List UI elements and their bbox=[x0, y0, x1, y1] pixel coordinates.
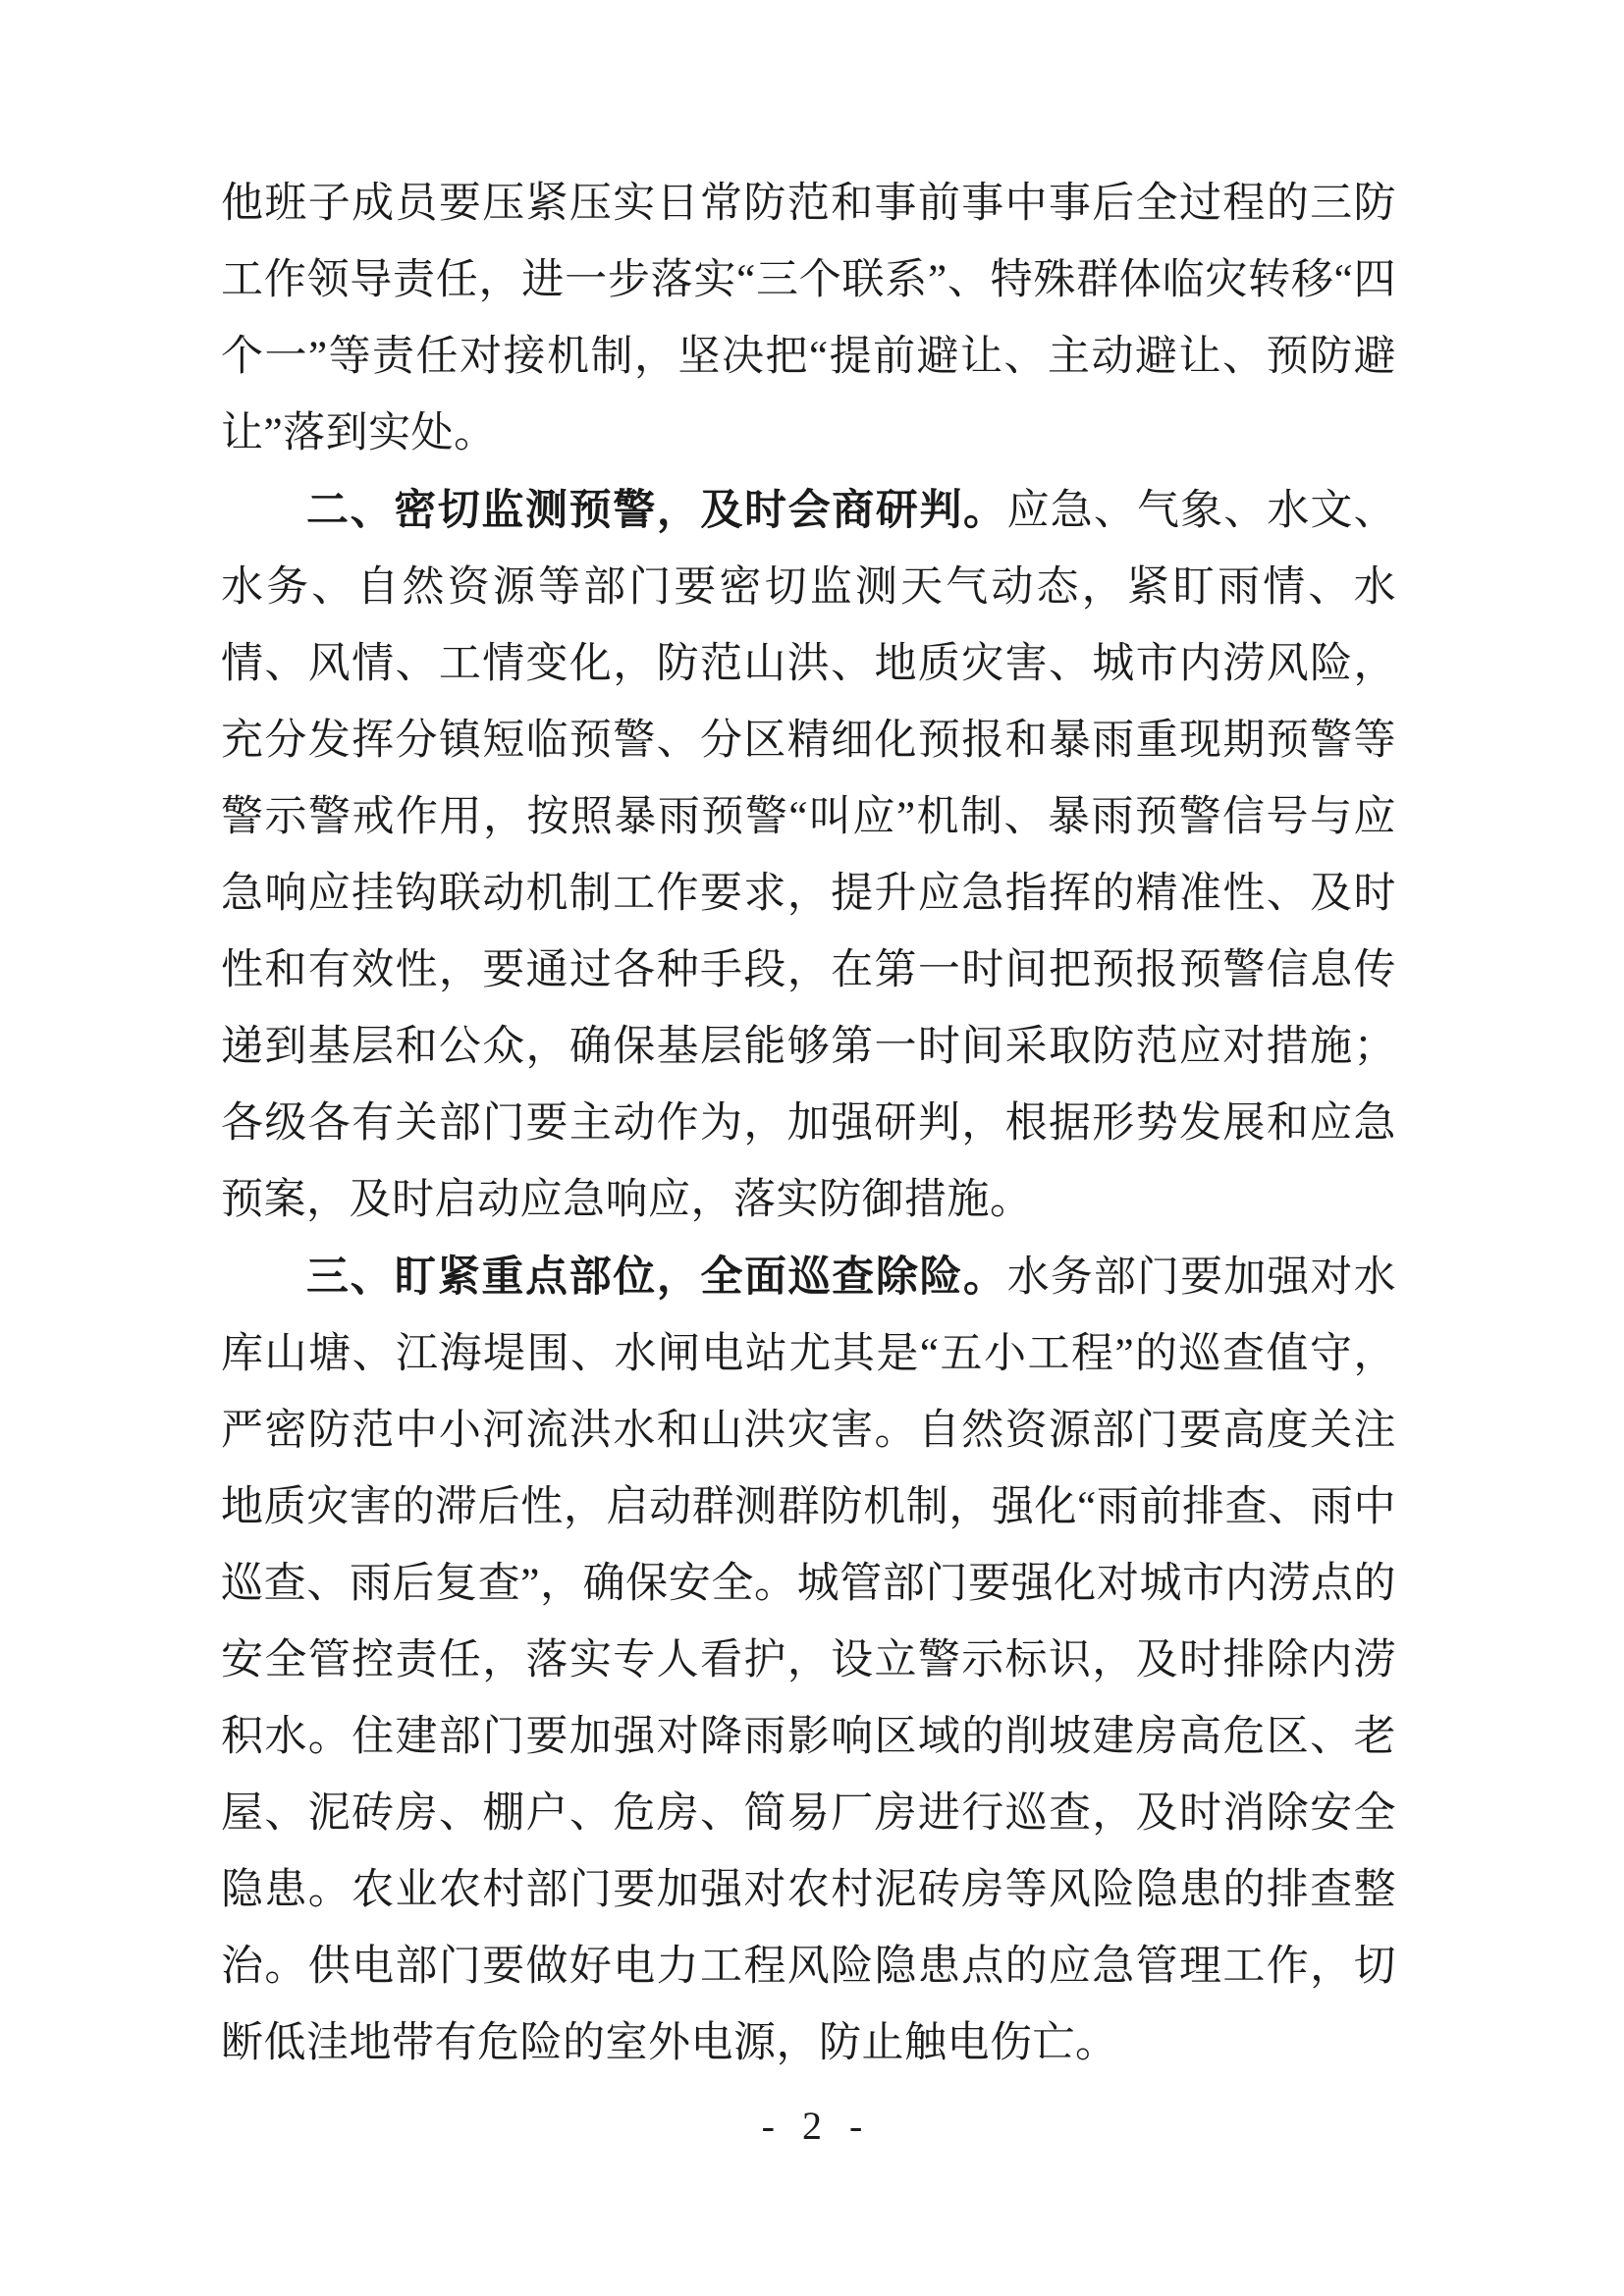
paragraph-text: 应急、气象、水文、水务、自然资源等部门要密切监测天气动态，紧盯雨情、水情、风情、… bbox=[221, 488, 1396, 1223]
document-body: 他班子成员要压紧压实日常防范和事前事中事后全过程的三防工作领导责任，进一步落实“… bbox=[221, 165, 1396, 2082]
paragraph-text: 水务部门要加强对水库山塘、江海堤围、水闸电站尤其是“五小工程”的巡查值守，严密防… bbox=[221, 1255, 1396, 2066]
paragraph: 二、密切监测预警，及时会商研判。应急、气象、水文、水务、自然资源等部门要密切监测… bbox=[221, 472, 1396, 1239]
page-number: - 2 - bbox=[0, 2103, 1624, 2150]
document-page: 他班子成员要压紧压实日常防范和事前事中事后全过程的三防工作领导责任，进一步落实“… bbox=[0, 0, 1624, 2296]
paragraph: 他班子成员要压紧压实日常防范和事前事中事后全过程的三防工作领导责任，进一步落实“… bbox=[221, 165, 1396, 472]
paragraph-text: 他班子成员要压紧压实日常防范和事前事中事后全过程的三防工作领导责任，进一步落实“… bbox=[221, 181, 1396, 456]
paragraph-lead-heading: 三、盯紧重点部位，全面巡查除险。 bbox=[306, 1254, 1007, 1301]
paragraph: 三、盯紧重点部位，全面巡查除险。水务部门要加强对水库山塘、江海堤围、水闸电站尤其… bbox=[221, 1239, 1396, 2082]
paragraph-lead-heading: 二、密切监测预警，及时会商研判。 bbox=[306, 487, 1007, 534]
